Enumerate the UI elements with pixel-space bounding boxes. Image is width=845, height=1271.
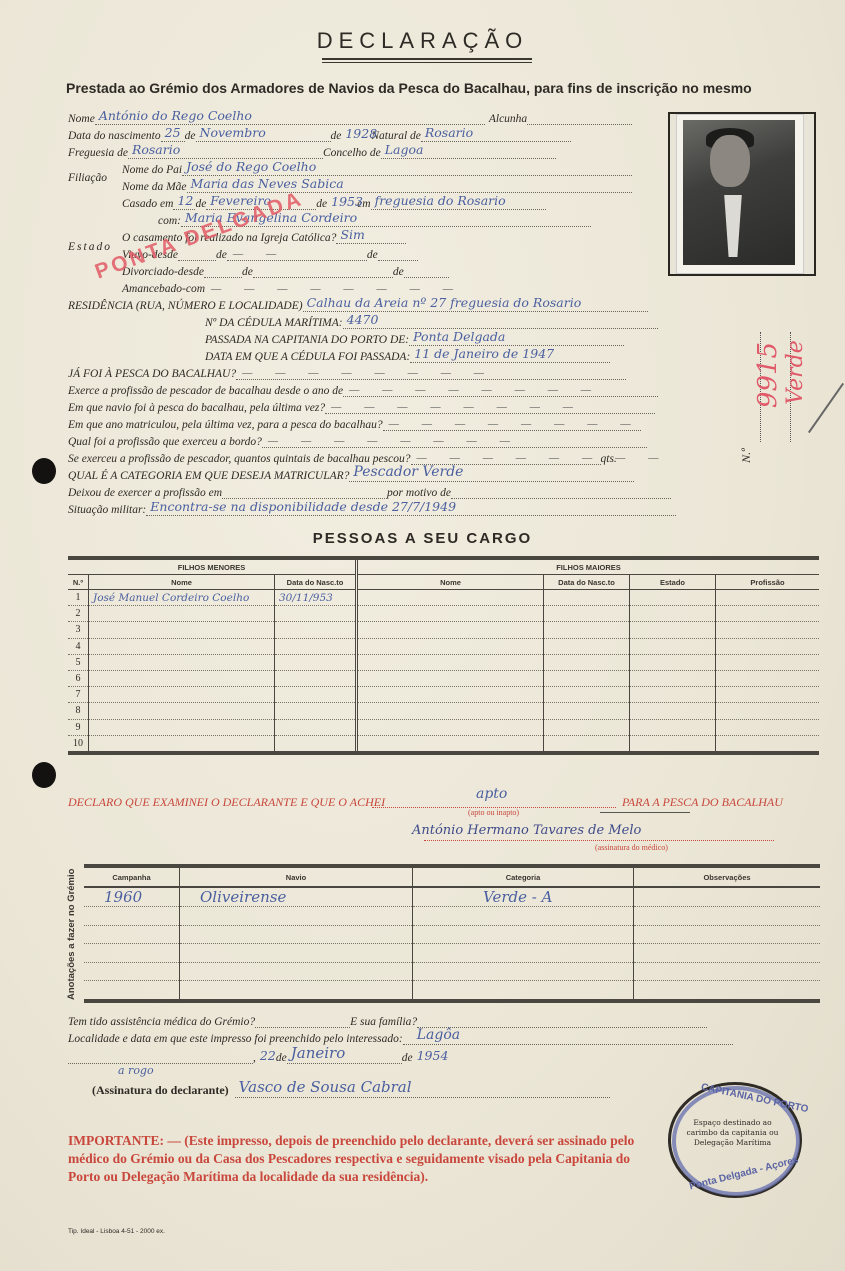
apto-value: apto xyxy=(476,786,507,802)
amancebado-field[interactable]: — — — — — — — — xyxy=(205,281,645,295)
table-row: 6 xyxy=(68,670,819,686)
data-row: , 22 de Janeiro de 1954 xyxy=(68,1048,451,1064)
table-row: 7 xyxy=(68,687,819,703)
casado-row: Casado em 12 de Fevereiro de 1953 em fre… xyxy=(122,194,546,210)
registration-number-value: 9915 xyxy=(753,342,783,408)
navio-field[interactable]: — — — — — — — — xyxy=(325,399,655,414)
ja-foi-row: JÁ FOI À PESCA DO BACALHAU? — — — — — — … xyxy=(68,364,626,380)
section-title-dependents: PESSOAS A SEU CARGO xyxy=(0,530,845,547)
medico-signature-field[interactable] xyxy=(424,840,774,841)
categoria-field[interactable]: Pescador Verde xyxy=(349,467,634,482)
important-lead: IMPORTANTE: — xyxy=(68,1133,181,1148)
residencia-field[interactable]: Calhau da Areia nº 27 freguesia do Rosar… xyxy=(303,297,648,312)
signature-row: (Assinatura do declarante) Vasco de Sous… xyxy=(92,1082,610,1098)
medical-declaration: DECLARO QUE EXAMINEI O DECLARANTE E QUE … xyxy=(68,795,385,810)
punch-hole xyxy=(32,762,56,788)
cedula-data-row: DATA EM QUE A CÉDULA FOI PASSADA: 11 de … xyxy=(205,347,610,363)
medico-signature: António Hermano Tavares de Melo xyxy=(412,823,641,838)
table-row: 5 xyxy=(68,654,819,670)
deixou-field[interactable] xyxy=(222,484,387,499)
assistencia-field[interactable] xyxy=(255,1013,350,1028)
desde-row: Exerce a profissão de pescador de bacalh… xyxy=(68,381,658,397)
nome-field[interactable]: António do Rego Coelho xyxy=(95,110,485,125)
table-row: 3 xyxy=(68,622,819,638)
nascimento-day-field[interactable]: 25 xyxy=(161,127,185,142)
capitania-row: PASSADA NA CAPITANIA DO PORTO DE: Ponta … xyxy=(205,330,624,346)
table-row: 9 xyxy=(68,719,819,735)
casado-year-field[interactable]: 1953 xyxy=(327,196,357,210)
igreja-field[interactable]: Sim xyxy=(336,229,406,244)
residencia-row: RESIDÊNCIA (RUA, NÚMERO E LOCALIDADE) Ca… xyxy=(68,296,648,312)
title-underline xyxy=(322,58,532,63)
nome-row: Nome António do Rego Coelho Alcunha xyxy=(68,109,632,125)
divorciado-row: Divorciado-desde de de xyxy=(122,262,449,278)
check-mark-icon xyxy=(808,383,844,433)
cedula-field[interactable]: 4470 xyxy=(343,314,658,329)
freguesia-field[interactable]: Rosario xyxy=(128,144,323,159)
printer-imprint: Tip. Ideal - Lisboa 4-51 - 2000 ex. xyxy=(68,1228,165,1235)
nascimento-month-field[interactable]: Novembro xyxy=(196,127,331,142)
document-page: DECLARAÇÃO Prestada ao Grémio dos Armado… xyxy=(0,0,845,1271)
alcunha-field[interactable] xyxy=(527,110,632,125)
table-row: 1José Manuel Cordeiro Coelho30/11/953 xyxy=(68,590,819,606)
natural-field[interactable]: Rosario xyxy=(421,127,571,142)
amancebado-row: Amancebado-com — — — — — — — — xyxy=(122,279,645,295)
nascimento-year-field[interactable]: 1928 xyxy=(341,128,371,142)
mae-field[interactable]: Maria das Neves Sabica xyxy=(187,178,632,193)
table-row: 2 xyxy=(68,606,819,622)
important-notice: IMPORTANTE: — (Este impresso, depois de … xyxy=(68,1132,653,1186)
militar-field[interactable]: Encontra-se na disponibilidade desde 27/… xyxy=(146,501,676,516)
viuvo-year-field[interactable] xyxy=(378,246,418,261)
divorciado-day-field[interactable] xyxy=(204,263,242,278)
registration-number: 9915 Verde N.º xyxy=(733,320,803,480)
table-row xyxy=(84,907,820,926)
viuvo-month-field[interactable]: — — xyxy=(227,246,367,261)
militar-row: Situação militar: Encontra-se na disponi… xyxy=(68,500,676,516)
table-row xyxy=(84,962,820,981)
day-field[interactable]: 22 xyxy=(256,1050,276,1064)
registration-note: Verde xyxy=(783,340,808,405)
nascimento-row: Data do nascimento 25 de Novembro de 192… xyxy=(68,126,571,142)
punch-hole xyxy=(32,458,56,484)
group-filhos-maiores: FILHOS MAIORES xyxy=(357,558,820,575)
divorciado-month-field[interactable] xyxy=(253,263,393,278)
table-row: 4 xyxy=(68,638,819,654)
apto-hint: (apto ou inapto) xyxy=(468,808,519,817)
month-field[interactable]: Janeiro xyxy=(287,1049,402,1064)
capitania-field[interactable]: Ponta Delgada xyxy=(409,331,624,346)
quintais-field[interactable]: — — — — — — — — xyxy=(411,450,601,465)
declarante-signature-field[interactable]: Vasco de Sousa Cabral xyxy=(235,1083,610,1098)
estado-label: Estado xyxy=(68,237,112,253)
profissao-row: Qual foi a profissão que exerceu a bordo… xyxy=(68,432,647,448)
casado-local-field[interactable]: freguesia do Rosario xyxy=(371,195,546,210)
medico-signature-hint: (assinatura do médico) xyxy=(595,843,668,852)
navio-row: Em que navio foi à pesca do bacalhau, pe… xyxy=(68,398,655,414)
annotations-side-label: Anotações a fazer no Grémio xyxy=(66,850,77,1000)
dependents-table: FILHOS MENORES FILHOS MAIORES N.º Nome D… xyxy=(68,556,819,755)
cedula-row: Nº DA CÉDULA MARÍTIMA: 4470 xyxy=(205,313,658,329)
familia-field[interactable] xyxy=(417,1013,707,1028)
deixou-row: Deixou de exercer a profissão em por mot… xyxy=(68,483,671,499)
casado-day-field[interactable]: 12 xyxy=(173,195,195,210)
table-row: 8 xyxy=(68,703,819,719)
document-subtitle: Prestada ao Grémio dos Armadores de Navi… xyxy=(66,80,752,96)
freguesia-row: Freguesia de Rosario Concelho de Lagoa xyxy=(68,143,556,159)
year-field[interactable]: 1954 xyxy=(413,1050,451,1064)
a-rogo-note: a rogo xyxy=(118,1064,154,1077)
ano-field[interactable]: — — — — — — — — xyxy=(383,416,641,431)
table-row: 10 xyxy=(68,735,819,753)
pai-field[interactable]: José do Rego Coelho xyxy=(182,161,632,176)
assistencia-row: Tem tido assistência médica do Grémio? E… xyxy=(68,1012,707,1028)
medical-declaration-end: PARA A PESCA DO BACALHAU xyxy=(622,795,783,810)
group-filhos-menores: FILHOS MENORES xyxy=(68,558,357,575)
table-row xyxy=(84,981,820,1001)
filiacao-label: Filiação xyxy=(68,168,107,184)
document-title: DECLARAÇÃO xyxy=(0,28,845,54)
ja-foi-field[interactable]: — — — — — — — — xyxy=(236,365,626,380)
categoria-row: QUAL É A CATEGORIA EM QUE DESEJA MATRICU… xyxy=(68,466,634,482)
mae-row: Nome da Mãe Maria das Neves Sabica xyxy=(122,177,632,193)
portrait-face xyxy=(710,135,750,187)
table-row: 1960OliveirenseVerde - A xyxy=(84,887,820,907)
ano-row: Em que ano matriculou, pela última vez, … xyxy=(68,415,641,431)
registration-number-label: N.º xyxy=(739,448,754,463)
seal-text: Espaço destinado ao carimbo da capitania… xyxy=(680,1118,785,1148)
pai-row: Nome do Pai José do Rego Coelho xyxy=(122,160,632,176)
quintais-row: Se exerceu a profissão de pescador, quan… xyxy=(68,449,617,465)
annotations-table: Campanha Navio Categoria Observações 196… xyxy=(84,864,820,1003)
table-row xyxy=(84,925,820,944)
localidade-row: Localidade e data em que este impresso f… xyxy=(68,1029,733,1045)
profissao-field[interactable]: — — — — — — — — xyxy=(262,433,647,448)
concelho-field[interactable]: Lagoa xyxy=(381,144,556,159)
desde-field[interactable]: — — — — — — — — xyxy=(343,382,658,397)
cedula-data-field[interactable]: 11 de Janeiro de 1947 xyxy=(410,348,610,363)
table-row xyxy=(84,944,820,963)
localidade-field[interactable]: Lagôa xyxy=(403,1030,733,1045)
divorciado-year-field[interactable] xyxy=(404,263,449,278)
motivo-field[interactable] xyxy=(451,484,671,499)
divider xyxy=(600,812,690,813)
data-prefix-field[interactable] xyxy=(68,1049,253,1064)
